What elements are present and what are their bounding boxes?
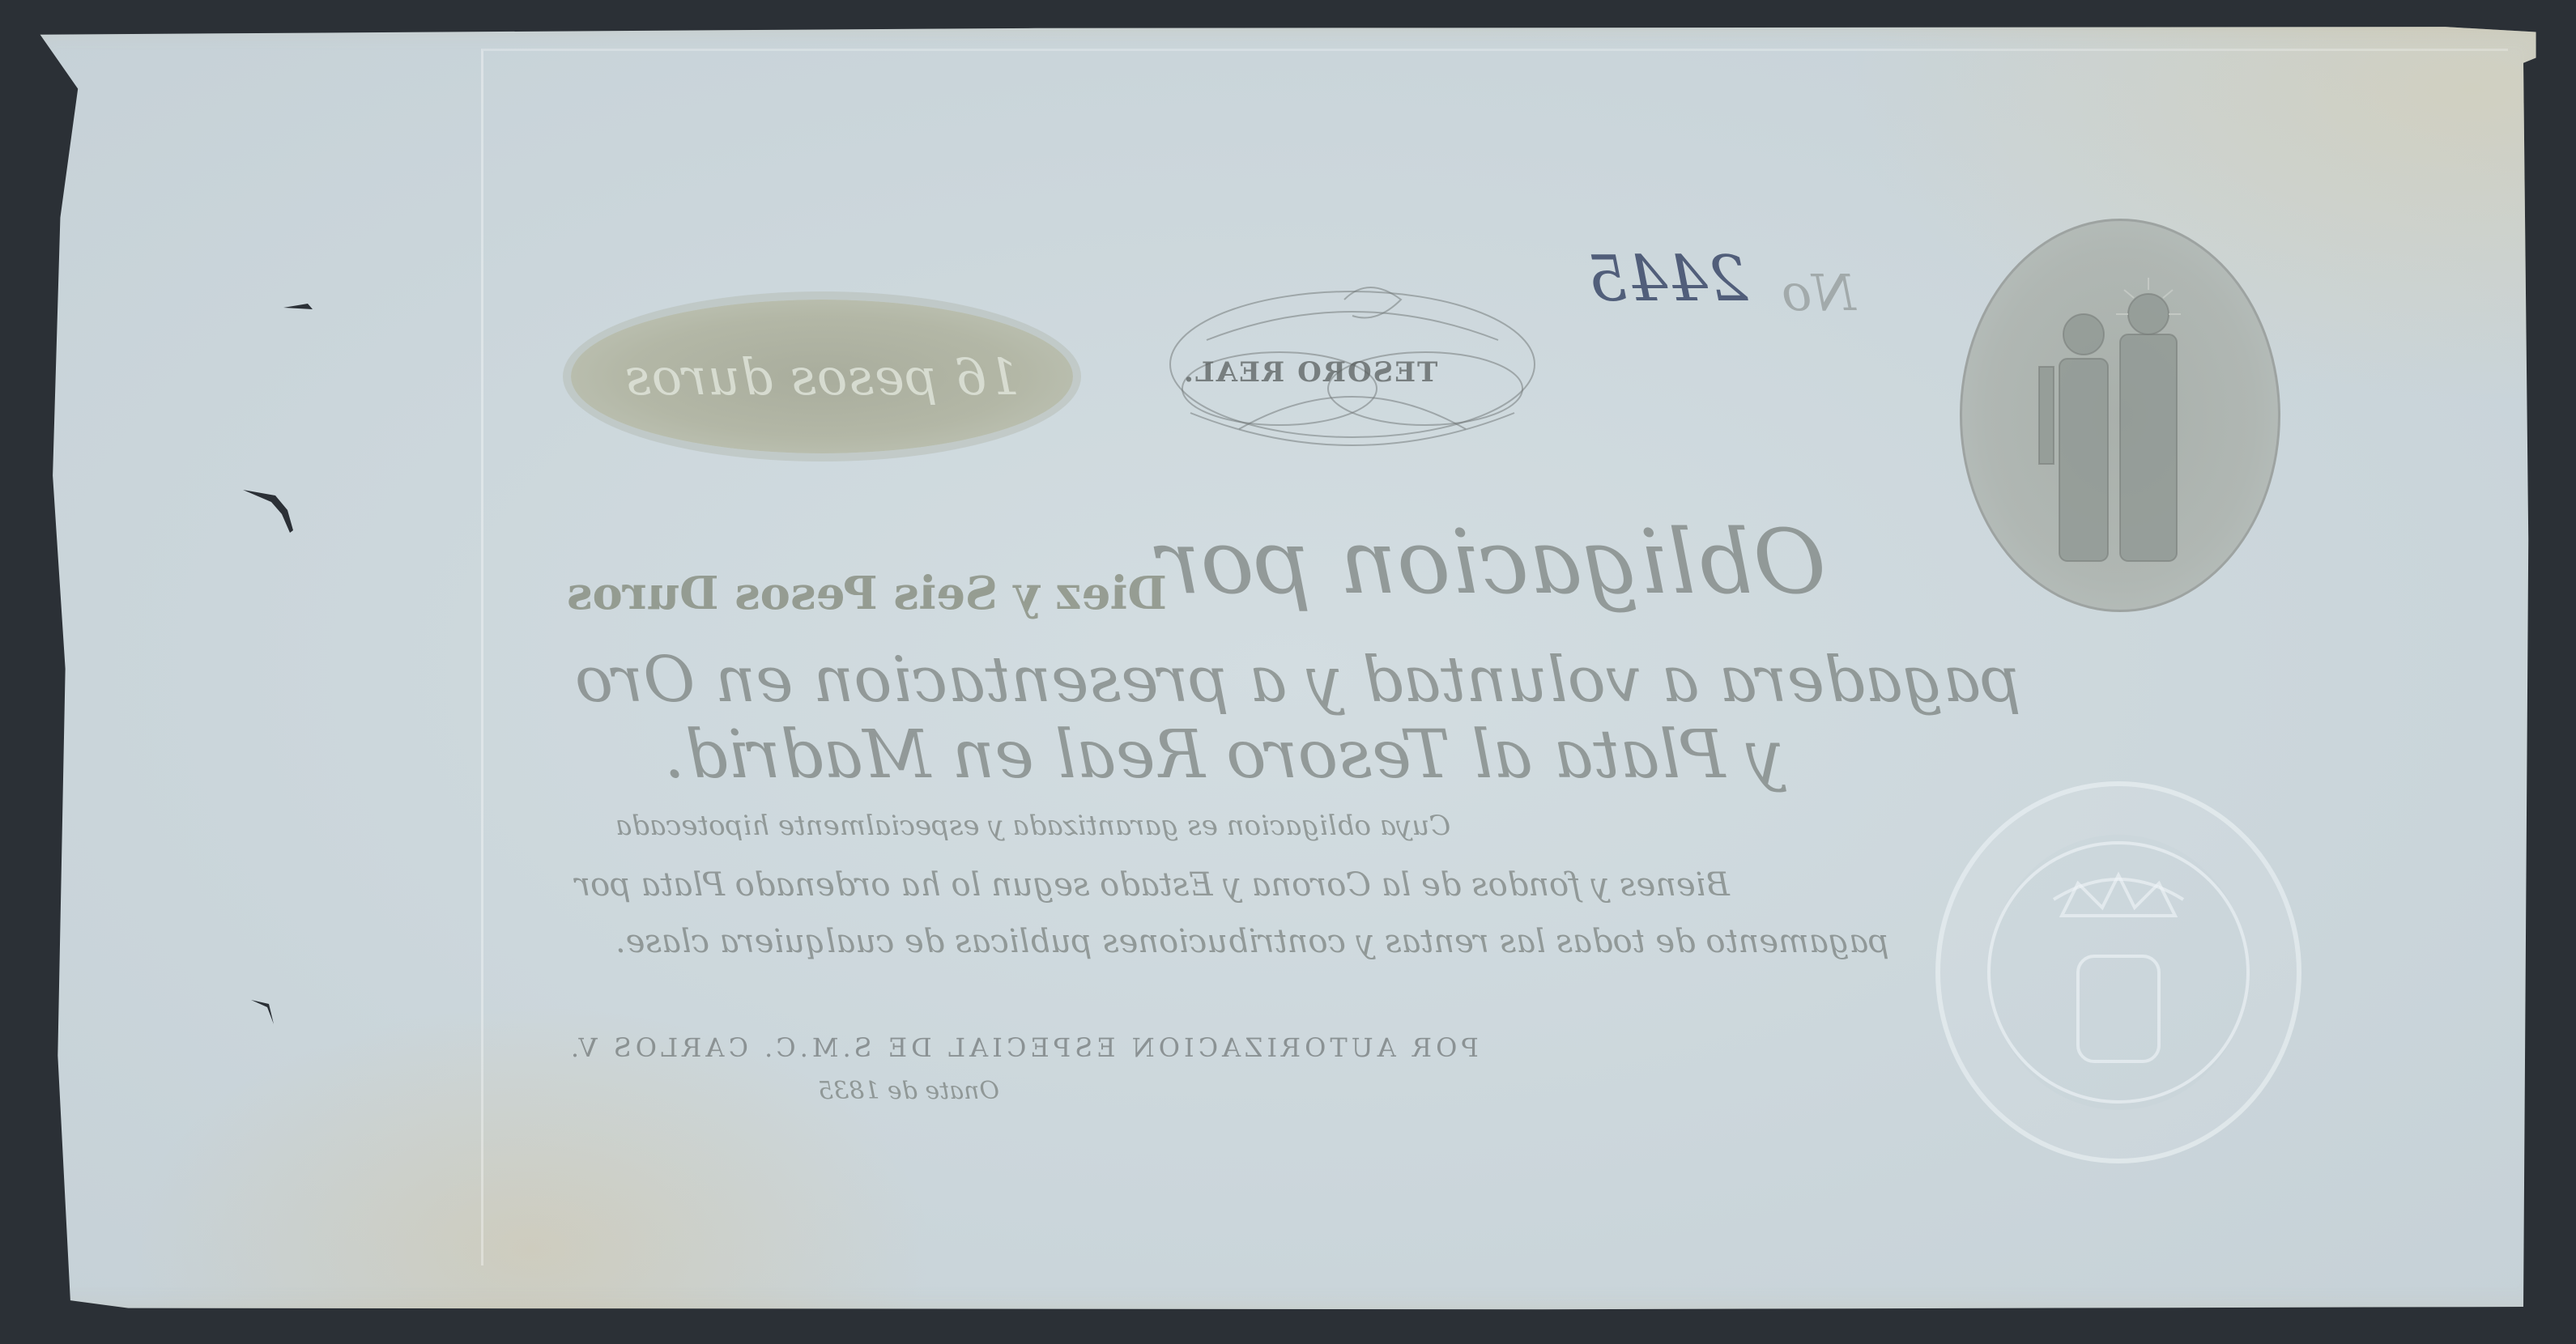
royal-authorization: POR AUTORIZACION ESPECIAL DE S.M.C. CARL…: [567, 1032, 1479, 1063]
treasury-title: TESORO REAL.: [1182, 356, 1437, 389]
tear-mark-icon: [283, 300, 316, 316]
obligation-script-text: Obligacion por: [1158, 510, 1826, 614]
figures-vignette-icon: [1960, 219, 2280, 612]
amount-in-words: Diez y Seis Pesos Duros: [567, 567, 1167, 620]
embossed-crown-seal: [1935, 781, 2301, 1163]
payable-location-line: y Plata al Tesoro Real en Madrid.: [664, 717, 1784, 793]
funds-line: Bienes y fondos de la Corona y Estado se…: [575, 866, 1730, 904]
handwritten-serial-number: 2445: [1587, 243, 1748, 316]
denomination-oval-panel: 16 pesos duros: [571, 300, 1073, 453]
serial-prefix: No: [1782, 263, 1856, 322]
guarantee-line: Cuya obligacion es garantizada y especia…: [615, 810, 1450, 842]
denomination-text: 16 pesos duros: [624, 347, 1020, 406]
issue-date: Onate de 1835: [818, 1077, 999, 1105]
tear-mark-icon: [243, 486, 308, 551]
payable-line: pagadera a voluntad y a presentacion en …: [575, 644, 2021, 717]
payment-line: pagamento de todas las rentas y contribu…: [615, 923, 1889, 960]
tear-mark-icon: [251, 996, 283, 1028]
